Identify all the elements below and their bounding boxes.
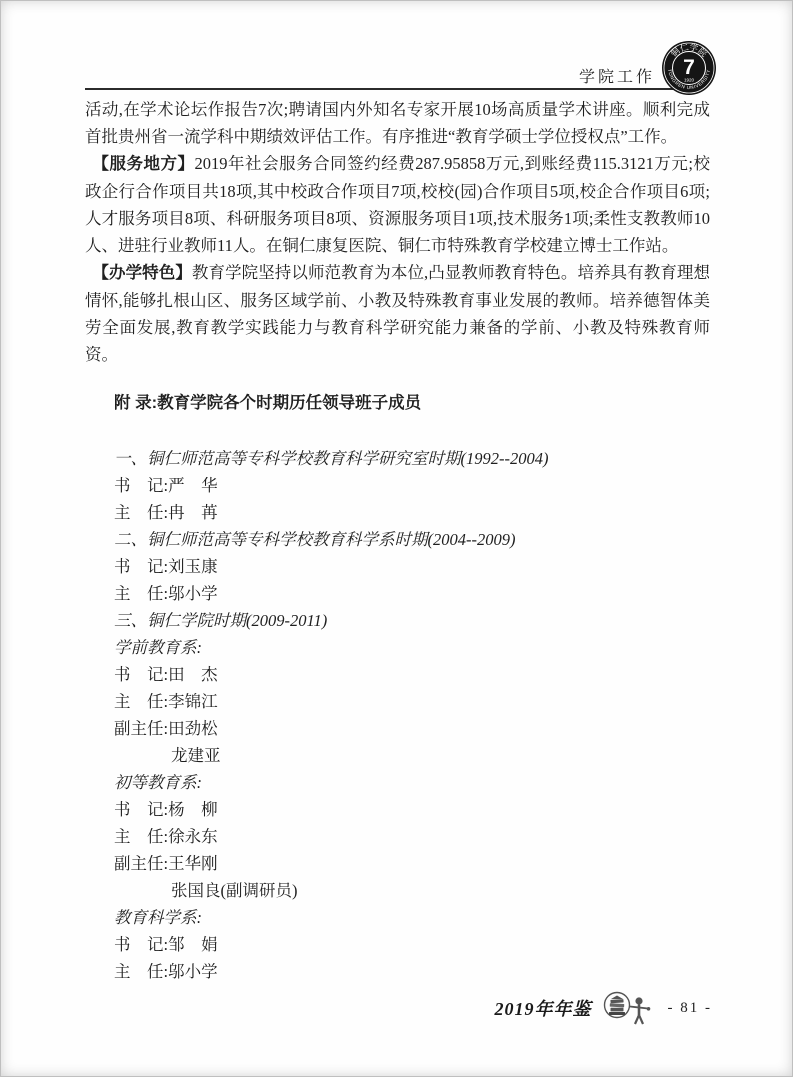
- appendix-line: 二、铜仁师范高等专科学校教育科学系时期(2004--2009): [114, 526, 694, 553]
- appendix-roster: 附 录:教育学院各个时期历任领导班子成员 一、铜仁师范高等专科学校教育科学研究室…: [114, 390, 694, 985]
- paragraph-label: 【办学特色】: [92, 264, 191, 282]
- appendix-line: 初等教育系:: [114, 769, 694, 796]
- seal-icon: 铜仁学院 TONGREN UNIVERSITY 7 1920: [660, 39, 718, 97]
- appendix-line: 张国良(副调研员): [171, 877, 694, 904]
- running-header-title: 学院工作: [0, 64, 655, 87]
- appendix-line: 龙建亚: [171, 742, 694, 769]
- appendix-line: 副主任:王华刚: [114, 850, 694, 877]
- yearbook-title: 2019年年鉴: [495, 995, 592, 1021]
- appendix-line: 主 任:邬小学: [114, 958, 694, 985]
- appendix-line: 书 记:杨 柳: [114, 796, 694, 823]
- paragraph: 【服务地方】2019年社会服务合同签约经费287.95858万元,到账经费115…: [85, 150, 710, 259]
- seal-center-mark: 7: [683, 56, 695, 79]
- appendix-line: 书 记:严 华: [114, 472, 694, 499]
- body-text: 活动,在学术论坛作报告7次;聘请国内外知名专家开展10场高质量学术讲座。顺利完成…: [85, 96, 710, 368]
- appendix-line: 主 任:徐永东: [114, 823, 694, 850]
- paragraph: 活动,在学术论坛作报告7次;聘请国内外知名专家开展10场高质量学术讲座。顺利完成…: [85, 96, 710, 150]
- appendix-line: 教育科学系:: [114, 904, 694, 931]
- appendix-line: 主 任:邬小学: [114, 580, 694, 607]
- paragraph-label: 【服务地方】: [92, 155, 194, 173]
- paragraph: 【办学特色】教育学院坚持以师范教育为本位,凸显教师教育特色。培养具有教育理想情怀…: [85, 259, 710, 368]
- appendix-line: 学前教育系:: [114, 634, 694, 661]
- yearbook-mascot-icon: [602, 990, 654, 1026]
- paragraph-text: 活动,在学术论坛作报告7次;聘请国内外知名专家开展10场高质量学术讲座。顺利完成…: [85, 100, 710, 146]
- appendix-title: 附 录:教育学院各个时期历任领导班子成员: [114, 390, 694, 417]
- yearbook-page: 学院工作 铜仁学院 TONGREN UNIVERSITY 7 1920 活动,在…: [0, 0, 793, 1077]
- appendix-line: 书 记:田 杰: [114, 661, 694, 688]
- appendix-line: 副主任:田劲松: [114, 715, 694, 742]
- seal-founding-year: 1920: [684, 78, 695, 83]
- appendix-line: 书 记:刘玉康: [114, 553, 694, 580]
- university-seal-logo: 铜仁学院 TONGREN UNIVERSITY 7 1920: [660, 39, 718, 97]
- appendix-line: 三、铜仁学院时期(2009-2011): [114, 607, 694, 634]
- page-number: - 81 -: [668, 1000, 713, 1017]
- appendix-line: 一、铜仁师范高等专科学校教育科学研究室时期(1992--2004): [114, 445, 694, 472]
- page-footer: 2019年年鉴 - 81 -: [0, 986, 712, 1030]
- appendix-line: 主 任:冉 苒: [114, 499, 694, 526]
- appendix-line: 主 任:李锦江: [114, 688, 694, 715]
- header-divider: [85, 88, 703, 90]
- appendix-line: 书 记:邹 娟: [114, 931, 694, 958]
